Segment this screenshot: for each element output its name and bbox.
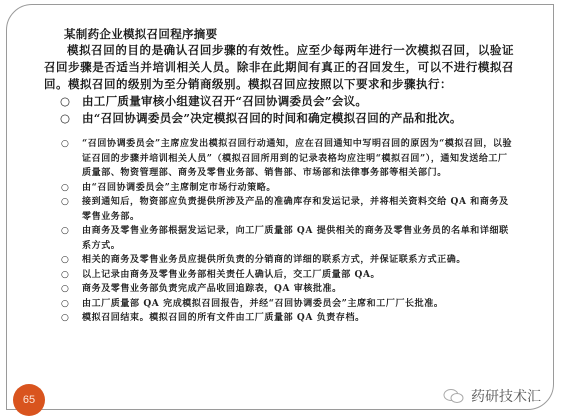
sub-item-text: 由工厂质量部 QA 完成模拟召回报告，并经“召回协调委员会”主席和工厂厂长批准。 [82,299,443,309]
sub-list-item: ○ 由商务及零售业务部根据发运记录，向工厂质量部 QA 提供相关的商务及零售业务… [47,224,514,253]
sub-item-text: 商务及零售业务部负责完成产品收回追踪表，QA 审核批准。 [82,284,342,294]
intro-paragraph: 模拟召回的目的是确认召回步骤的有效性。应至少每两年进行一次模拟召回，以验证召回步… [44,42,514,93]
circle-bullet-icon: ○ [60,110,70,127]
circle-bullet-icon: ○ [61,282,69,297]
circle-bullet-icon: ○ [61,137,69,152]
circle-bullet-icon: ○ [61,297,69,312]
main-list-item: ○ 由“召回协调委员会”决定模拟召回的时间和确定模拟召回的产品和批次。 [46,110,514,127]
watermark: 药研技术汇 [443,386,541,406]
main-bullet-list: ○ 由工厂质量审核小组建议召开“召回协调委员会”会议。 ○ 由“召回协调委员会”… [44,93,514,127]
sub-bullet-list: ○ “召回协调委员会”主席应发出模拟召回行动通知，应在召回通知中写明召回的原因为… [44,137,514,326]
main-item-text: 由“召回协调委员会”决定模拟召回的时间和确定模拟召回的产品和批次。 [82,111,462,125]
main-list-item: ○ 由工厂质量审核小组建议召开“召回协调委员会”会议。 [46,93,514,110]
main-item-text: 由工厂质量审核小组建议召开“召回协调委员会”会议。 [82,94,367,108]
circle-bullet-icon: ○ [61,224,69,239]
circle-bullet-icon: ○ [61,268,69,283]
sub-list-item: ○ 模拟召回结束。模拟召回的所有文件由工厂质量部 QA 负责存档。 [47,311,514,326]
watermark-text: 药研技术汇 [471,386,541,406]
sub-list-item: ○ 以上记录由商务及零售业务部相关责任人确认后，交工厂质量部 QA。 [47,268,514,283]
sub-list-item: ○ 商务及零售业务部负责完成产品收回追踪表，QA 审核批准。 [47,282,514,297]
circle-bullet-icon: ○ [61,181,69,196]
sub-item-text: “召回协调委员会”主席应发出模拟召回行动通知，应在召回通知中写明召回的原因为“模… [82,139,512,178]
slide-content: 某制药企业模拟召回程序摘要 模拟召回的目的是确认召回步骤的有效性。应至少每两年进… [44,26,514,326]
circle-bullet-icon: ○ [60,93,70,110]
sub-item-text: 接到通知后，物资部应负责提供所涉及产品的准确库存和发运记录，并将相关资料交给 Q… [82,197,509,222]
sub-list-item: ○ “召回协调委员会”主席应发出模拟召回行动通知，应在召回通知中写明召回的原因为… [47,137,514,181]
sub-item-text: 以上记录由商务及零售业务部相关责任人确认后，交工厂质量部 QA。 [82,270,380,280]
sub-list-item: ○ 相关的商务及零售业务员应提供所负责的分销商的详细的联系方式，并保证联系方式正… [47,253,514,268]
sub-item-text: 由“召回协调委员会”主席制定市场行动策略。 [82,183,276,193]
sub-item-text: 模拟召回结束。模拟召回的所有文件由工厂质量部 QA 负责存档。 [82,313,365,323]
sub-list-item: ○ 由工厂质量部 QA 完成模拟召回报告，并经“召回协调委员会”主席和工厂厂长批… [47,297,514,312]
circle-bullet-icon: ○ [61,311,69,326]
sub-item-text: 相关的商务及零售业务员应提供所负责的分销商的详细的联系方式，并保证联系方式正确。 [82,255,466,265]
circle-bullet-icon: ○ [61,195,69,210]
circle-bullet-icon: ○ [61,253,69,268]
page-number-badge: 65 [13,384,45,416]
sub-list-item: ○ 接到通知后，物资部应负责提供所涉及产品的准确库存和发运记录，并将相关资料交给… [47,195,514,224]
sub-item-text: 由商务及零售业务部根据发运记录，向工厂质量部 QA 提供相关的商务及零售业务员的… [82,226,509,251]
wechat-icon [443,388,465,404]
slide-title: 某制药企业模拟召回程序摘要 [64,26,514,42]
sub-list-item: ○ 由“召回协调委员会”主席制定市场行动策略。 [47,181,514,196]
